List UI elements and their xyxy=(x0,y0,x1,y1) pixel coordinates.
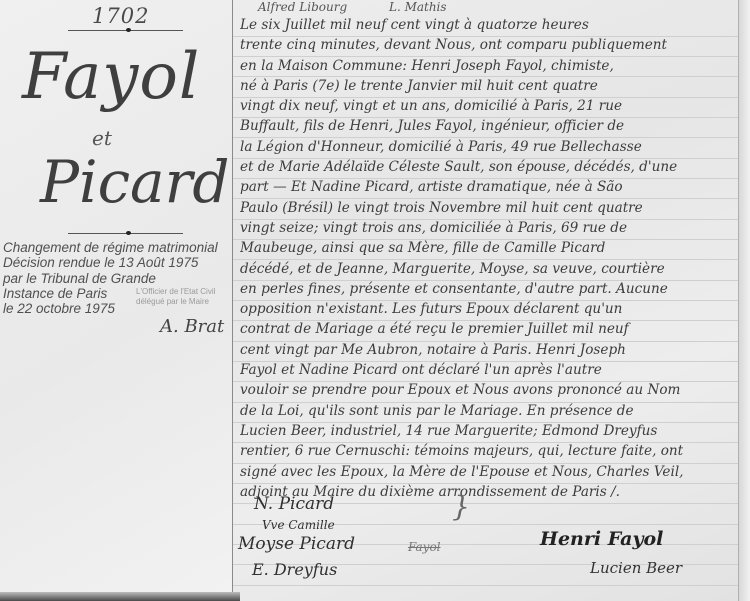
signature: Henri Fayol xyxy=(540,528,663,550)
body-line: et de Marie Adélaïde Céleste Sault, son … xyxy=(240,157,740,177)
annotation-line: Changement de régime matrimonial xyxy=(3,240,238,255)
body-line: cent vingt par Me Aubron, notaire à Pari… xyxy=(240,340,740,360)
register-page: 1702 Fayol et Picard Changement de régim… xyxy=(0,0,750,601)
body-line: rentier, 6 rue Cernuschi: témoins majeur… xyxy=(240,441,740,461)
separator-rule-bottom xyxy=(68,233,183,234)
header-scribbles: Alfred Libourg L. Mathis xyxy=(258,0,485,14)
signature: Moyse Picard xyxy=(238,534,355,554)
act-body: Le six Juillet mil neuf cent vingt à qua… xyxy=(240,15,740,502)
stamp-line: L'Officier de l'Etat Civil xyxy=(136,287,215,297)
stamp-line: délégué par le Maire xyxy=(136,297,215,307)
body-line: Maubeuge, ainsi que sa Mère, fille de Ca… xyxy=(240,238,740,258)
signature: Vve Camille xyxy=(262,518,335,532)
body-line: part — Et Nadine Picard, artiste dramati… xyxy=(240,177,740,197)
body-line: contrat de Mariage a été reçu le premier… xyxy=(240,319,740,339)
body-line: né à Paris (7e) le trente Janvier mil hu… xyxy=(240,76,740,96)
signature: Fayol xyxy=(408,540,441,554)
margin-surname-groom: Fayol xyxy=(22,40,200,114)
signature: N. Picard xyxy=(254,494,334,514)
margin-surname-bride: Picard xyxy=(40,148,230,216)
body-line: Fayol et Nadine Picard ont déclaré l'un … xyxy=(240,360,740,380)
body-line: signé avec les Epoux, la Mère de l'Epous… xyxy=(240,462,740,482)
body-line: la Légion d'Honneur, domicilié à Paris, … xyxy=(240,137,740,157)
header-scribble: Alfred Libourg xyxy=(258,0,347,14)
body-line: vouloir se prendre pour Epoux et Nous av… xyxy=(240,380,740,400)
signature: Lucien Beer xyxy=(590,559,682,577)
stamp-signature: A. Brat xyxy=(160,316,224,337)
body-line: vingt seize; vingt trois ans, domiciliée… xyxy=(240,218,740,238)
body-line: Le six Juillet mil neuf cent vingt à qua… xyxy=(240,15,740,35)
body-line: en la Maison Commune: Henri Joseph Fayol… xyxy=(240,56,740,76)
body-line: Lucien Beer, industriel, 14 rue Margueri… xyxy=(240,421,740,441)
official-stamp: L'Officier de l'Etat Civil délégué par l… xyxy=(136,287,215,307)
body-line: Buffault, fils de Henri, Jules Fayol, in… xyxy=(240,116,740,136)
margin-conjunction: et xyxy=(92,126,112,150)
body-line: opposition n'existant. Les futurs Epoux … xyxy=(240,299,740,319)
separator-rule-top xyxy=(68,30,183,31)
act-number: 1702 xyxy=(92,4,149,28)
body-line: de la Loi, qu'ils sont unis par le Maria… xyxy=(240,401,740,421)
annotation-line: Décision rendue le 13 Août 1975 xyxy=(3,255,238,270)
body-line: en perles fines, présente et consentante… xyxy=(240,279,740,299)
body-line: décédé, et de Jeanne, Marguerite, Moyse,… xyxy=(240,259,740,279)
page-shadow xyxy=(0,592,240,601)
signature: E. Dreyfus xyxy=(252,560,337,579)
body-line: Paulo (Brésil) le vingt trois Novembre m… xyxy=(240,198,740,218)
annotation-line: par le Tribunal de Grande xyxy=(3,271,238,286)
body-line: vingt dix neuf, vingt et un ans, domicil… xyxy=(240,96,740,116)
body-line: trente cinq minutes, devant Nous, ont co… xyxy=(240,35,740,55)
header-scribble: L. Mathis xyxy=(389,0,447,14)
